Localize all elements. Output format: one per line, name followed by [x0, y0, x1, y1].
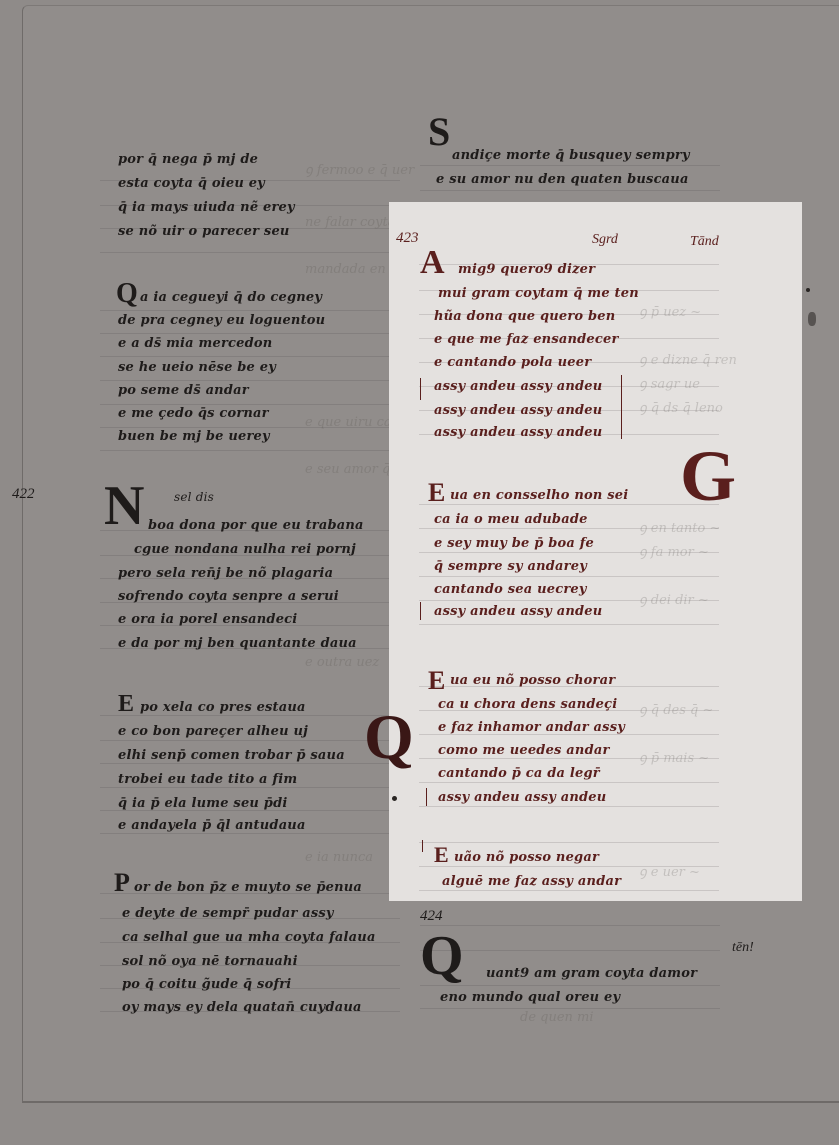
verse-line: por q̄ nega p̄ mj de — [118, 152, 258, 167]
verse-line: e da por mj ben quantante daua — [118, 636, 357, 651]
verse-line: cantando sea uecrey — [434, 582, 587, 597]
verse-line: q̄ sempre sy andarey — [434, 559, 587, 574]
verse-line: q̄ ia p̄ ela lume seu p̄di — [118, 796, 288, 811]
verse-line: de pra cegney eu loguentou — [118, 313, 325, 328]
margin-annotation: Tānd — [690, 234, 719, 250]
refrain-bracket-left — [426, 788, 427, 806]
verse-line: a ia cegueyi q̄ do cegney — [140, 290, 322, 305]
verse-line: e me çedo q̄s cornar — [118, 406, 269, 421]
refrain-bracket-left — [420, 602, 421, 620]
drop-initial: S — [428, 112, 450, 152]
verse-line: e deyte de sempr̄ pudar assy — [122, 906, 334, 921]
refrain-bracket-left — [420, 378, 421, 400]
verse-line: e ora ia porel ensandeci — [118, 612, 297, 627]
verse-line: eno mundo qual oreu ey — [440, 990, 620, 1005]
drop-initial: E — [428, 668, 445, 694]
verse-line: ca selhal gue ua mha coyta falaua — [122, 930, 376, 945]
refrain-line: assy andeu assy andeu — [434, 604, 602, 619]
margin-initial: G — [680, 440, 736, 512]
verse-line: se he ueio nēse be ey — [118, 360, 276, 375]
margin-annotation: Sgrd — [592, 232, 618, 248]
verse-line: q̄ ia mays uiuda nẽ erey — [118, 200, 295, 215]
verse-line: trobei eu tade tito a fim — [118, 772, 297, 787]
drop-initial: P — [114, 870, 130, 896]
drop-initial: Q — [116, 280, 138, 308]
poem-number: 424 — [420, 908, 443, 925]
verse-line: ua en consselho non sei — [450, 488, 628, 503]
verse-line: e su amor nu den quaten buscaua — [436, 172, 689, 187]
verse-line: mig9 quero9 dizer — [458, 262, 595, 277]
verse-line: po q̄ coitu g̃ude q̄ sofri — [122, 977, 291, 992]
rubric: sel dis — [174, 490, 214, 504]
verse-line: mui gram coytam q̄ me ten — [438, 286, 639, 301]
ink-dot — [806, 288, 810, 292]
margin-annotation: tēn! — [732, 940, 754, 956]
verse-line: uant9 am gram coyta damor — [486, 966, 697, 981]
verse-line: se nõ uir o parecer seu — [118, 224, 290, 239]
margin-initial: Q — [364, 705, 414, 769]
verse-line: ca u chora dens sandeçi — [438, 697, 617, 712]
verse-line: sol nõ oya nē tornauahi — [122, 954, 298, 969]
poem-number: 423 — [396, 230, 419, 247]
verse-line: oy mays ey dela quatan̄ cuydaua — [122, 1000, 362, 1015]
verse-line: sofrendo coyta senpre a serui — [118, 589, 339, 604]
verse-line: ua eu nõ posso chorar — [450, 673, 615, 688]
drop-initial: A — [420, 246, 445, 280]
verse-line: como me ueedes andar — [438, 743, 610, 758]
verse-line: e cantando pola ueer — [434, 355, 591, 370]
refrain-line: assy andeu assy andeu — [434, 403, 602, 418]
drop-initial: E — [434, 844, 449, 866]
ink-smudge — [808, 312, 816, 326]
ink-dot — [392, 796, 397, 801]
drop-initial: E — [118, 692, 134, 716]
verse-line: alguē me faz assy andar — [442, 874, 621, 889]
verse-line: andiçe morte q̄ busquey sempry — [452, 148, 690, 163]
verse-line: pero sela ren̄j be nõ plagaria — [118, 566, 333, 581]
verse-line: cgue nondana nulha rei pornj — [134, 542, 356, 557]
drop-initial: N — [104, 478, 144, 534]
verse-line: e que me faz ensandecer — [434, 332, 619, 347]
verse-line: e co bon pareçer alheu uj — [118, 724, 308, 739]
verse-line: esta coyta q̄ oieu ey — [118, 176, 265, 191]
verse-line: e a ds̄ mia mercedon — [118, 336, 272, 351]
refrain-bracket-right — [621, 375, 622, 439]
poem-number: 422 — [12, 486, 35, 503]
verse-line: e faz inhamor andar assy — [438, 720, 625, 735]
verse-mark — [422, 840, 423, 852]
verse-line: uão nõ posso negar — [454, 850, 599, 865]
verse-line: ca ia o meu adubade — [434, 512, 588, 527]
verse-line: cantando p̄ ca da legr̄ — [438, 766, 600, 781]
verse-line: e andayela p̄ q̄l antudaua — [118, 818, 306, 833]
verse-line: hũa dona que quero ben — [434, 309, 615, 324]
verse-line: elhi senp̄ comen trobar p̄ saua — [118, 748, 345, 763]
drop-initial: Q — [420, 928, 464, 984]
refrain-line: assy andeu assy andeu — [438, 790, 606, 805]
verse-line: or de bon p̄z e muyto se p̄enua — [134, 880, 362, 895]
verse-line: po seme ds̄ andar — [118, 383, 249, 398]
refrain-line: assy andeu assy andeu — [434, 425, 602, 440]
verse-line: buen be mj be uerey — [118, 429, 270, 444]
drop-initial: E — [428, 480, 445, 506]
verse-line: boa dona por que eu trabana — [148, 518, 364, 533]
verse-line: e sey muy be p̄ boa fe — [434, 536, 594, 551]
refrain-line: assy andeu assy andeu — [434, 379, 602, 394]
verse-line: po xela co pres estaua — [140, 700, 306, 715]
